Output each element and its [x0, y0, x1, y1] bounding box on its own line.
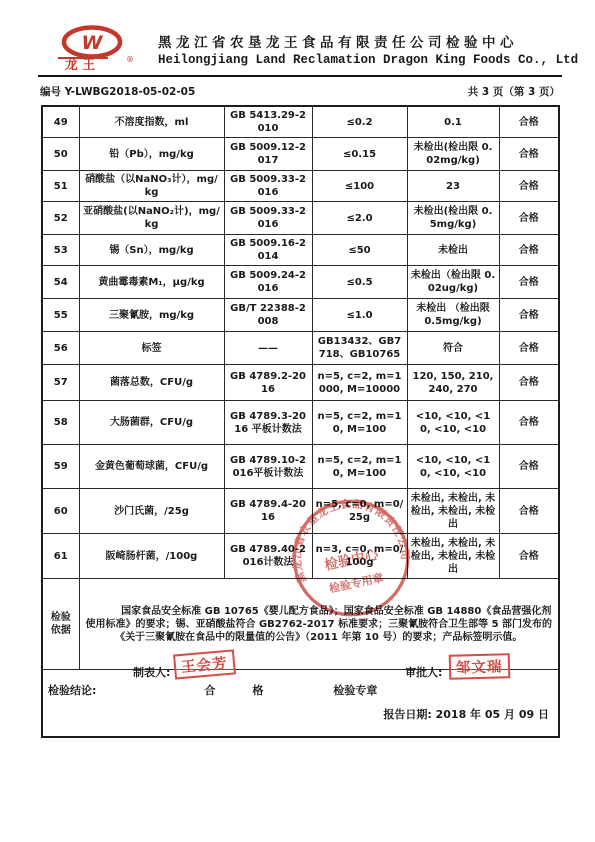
cell-no: 54 — [42, 266, 79, 299]
table-row: 57 菌落总数，CFU/g GB 4789.2-2016 n=5, c=2, m… — [42, 365, 559, 401]
cell-conclusion: 合格 — [499, 138, 559, 171]
cell-result: 未检出 （检出限 0.5mg/kg) — [407, 299, 499, 332]
table-row: 59 金黄色葡萄球菌，CFU/g GB 4789.10-2016平板计数法 n=… — [42, 445, 559, 489]
cell-item: 三聚氰胺，mg/kg — [79, 299, 224, 332]
header-divider — [38, 75, 562, 77]
cell-method: GB 5009.33-2016 — [224, 202, 312, 235]
cell-conclusion: 合格 — [499, 401, 559, 445]
cell-requirement: n=5, c=2, m=10, M=100 — [312, 401, 407, 445]
cell-conclusion: 合格 — [499, 365, 559, 401]
cell-method: GB 4789.10-2016平板计数法 — [224, 445, 312, 489]
basis-label-line2: 依据 — [46, 624, 76, 637]
test-results-table: 49 不溶度指数，ml GB 5413.29-2010 ≤0.2 0.1 合格 … — [41, 105, 560, 738]
cell-conclusion: 合格 — [499, 235, 559, 266]
cell-method: GB 4789.3-2016 平板计数法 — [224, 401, 312, 445]
table-row: 60 沙门氏菌，/25g GB 4789.4-2016 n=5, c=0, m=… — [42, 489, 559, 534]
cell-conclusion: 合格 — [499, 106, 559, 138]
cell-result: <10, <10, <10, <10, <10 — [407, 445, 499, 489]
cell-result: 未检出 — [407, 235, 499, 266]
cell-result: <10, <10, <10, <10, <10 — [407, 401, 499, 445]
maker-label: 制表人: — [133, 664, 170, 680]
cell-no: 50 — [42, 138, 79, 171]
report-date-value: 2018 年 05 月 09 日 — [436, 708, 549, 721]
logo-registered-mark: ® — [126, 55, 134, 64]
cell-result: 未检出, 未检出, 未检出, 未检出, 未检出 — [407, 489, 499, 534]
cell-requirement: n=5, c=2, m=1000, M=10000 — [312, 365, 407, 401]
cell-conclusion: 合格 — [499, 202, 559, 235]
cell-requirement: ≤1.0 — [312, 299, 407, 332]
table-row: 54 黄曲霉毒素M₁，μg/kg GB 5009.24-2016 ≤0.5 未检… — [42, 266, 559, 299]
cell-no: 49 — [42, 106, 79, 138]
page-count: 共 3 页（第 3 页） — [468, 84, 560, 99]
table-row: 61 阪崎肠杆菌，/100g GB 4789.40-2016计数法 n=3, c… — [42, 534, 559, 579]
approver-label: 审批人: — [405, 664, 442, 680]
report-date-label: 报告日期: — [383, 708, 431, 721]
cell-result: 未检出(检出限 0.5mg/kg) — [407, 202, 499, 235]
cell-no: 51 — [42, 171, 79, 202]
cell-item: 锡（Sn），mg/kg — [79, 235, 224, 266]
cell-method: GB/T 22388-2008 — [224, 299, 312, 332]
table-row: 50 铅（Pb），mg/kg GB 5009.12-2017 ≤0.15 未检出… — [42, 138, 559, 171]
report-meta-row: 编号 Y-LWBG2018-05-02-05 共 3 页（第 3 页） — [40, 84, 560, 99]
table-row: 56 标签 —— GB13432、GB7718、GB10765 符合 合格 — [42, 332, 559, 365]
cell-requirement: ≤2.0 — [312, 202, 407, 235]
cell-no: 55 — [42, 299, 79, 332]
table-row: 58 大肠菌群，CFU/g GB 4789.3-2016 平板计数法 n=5, … — [42, 401, 559, 445]
cell-no: 58 — [42, 401, 79, 445]
cell-item: 黄曲霉毒素M₁，μg/kg — [79, 266, 224, 299]
cell-no: 52 — [42, 202, 79, 235]
cell-conclusion: 合格 — [499, 489, 559, 534]
cell-no: 60 — [42, 489, 79, 534]
cell-result: 未检出, 未检出, 未检出, 未检出, 未检出 — [407, 534, 499, 579]
cell-method: GB 5413.29-2010 — [224, 106, 312, 138]
inspection-report-page: W 龙 王 ® 黑龙江省农垦龙王食品有限责任公司检验中心 Heilongjian… — [0, 0, 595, 842]
table-row: 53 锡（Sn），mg/kg GB 5009.16-2014 ≤50 未检出 合… — [42, 235, 559, 266]
cell-result: 120, 150, 210, 240, 270 — [407, 365, 499, 401]
cell-item: 亚硝酸盐(以NaNO₂计)，mg/kg — [79, 202, 224, 235]
report-number: 编号 Y-LWBG2018-05-02-05 — [40, 84, 195, 99]
table-row: 49 不溶度指数，ml GB 5413.29-2010 ≤0.2 0.1 合格 — [42, 106, 559, 138]
table-row: 52 亚硝酸盐(以NaNO₂计)，mg/kg GB 5009.33-2016 ≤… — [42, 202, 559, 235]
cell-no: 57 — [42, 365, 79, 401]
cell-requirement: n=5, c=0, m=0/25g — [312, 489, 407, 534]
cell-method: GB 5009.12-2017 — [224, 138, 312, 171]
cell-requirement: n=5, c=2, m=10, M=100 — [312, 445, 407, 489]
cell-item: 沙门氏菌，/25g — [79, 489, 224, 534]
cell-result: 未检出(检出限 0.02mg/kg) — [407, 138, 499, 171]
cell-no: 53 — [42, 235, 79, 266]
maker-signature-stamp: 王会芳 — [173, 649, 235, 679]
cell-item: 金黄色葡萄球菌，CFU/g — [79, 445, 224, 489]
cell-conclusion: 合格 — [499, 266, 559, 299]
cell-method: GB 4789.40-2016计数法 — [224, 534, 312, 579]
cell-method: GB 4789.2-2016 — [224, 365, 312, 401]
cell-result: 符合 — [407, 332, 499, 365]
cell-conclusion: 合格 — [499, 299, 559, 332]
cell-requirement: ≤100 — [312, 171, 407, 202]
cell-no: 59 — [42, 445, 79, 489]
signature-row: 制表人: 王会芳 审批人: 邹文瑞 — [41, 648, 558, 694]
cell-method: —— — [224, 332, 312, 365]
cell-method: GB 5009.16-2014 — [224, 235, 312, 266]
cell-item: 不溶度指数，ml — [79, 106, 224, 138]
cell-requirement: ≤50 — [312, 235, 407, 266]
table-row: 55 三聚氰胺，mg/kg GB/T 22388-2008 ≤1.0 未检出 （… — [42, 299, 559, 332]
company-name-cn: 黑龙江省农垦龙王食品有限责任公司检验中心 — [158, 31, 578, 51]
cell-result: 23 — [407, 171, 499, 202]
cell-no: 56 — [42, 332, 79, 365]
cell-method: GB 5009.24-2016 — [224, 266, 312, 299]
cell-item: 硝酸盐（以NaNO₃计），mg/kg — [79, 171, 224, 202]
cell-requirement: ≤0.15 — [312, 138, 407, 171]
cell-item: 大肠菌群，CFU/g — [79, 401, 224, 445]
logo-brand-text: 龙 王 — [65, 57, 96, 73]
report-header: W 龙 王 ® 黑龙江省农垦龙王食品有限责任公司检验中心 Heilongjian… — [50, 24, 578, 74]
cell-method: GB 4789.4-2016 — [224, 489, 312, 534]
cell-conclusion: 合格 — [499, 171, 559, 202]
cell-conclusion: 合格 — [499, 445, 559, 489]
cell-conclusion: 合格 — [499, 534, 559, 579]
cell-method: GB 5009.33-2016 — [224, 171, 312, 202]
cell-requirement: GB13432、GB7718、GB10765 — [312, 332, 407, 365]
cell-item: 阪崎肠杆菌，/100g — [79, 534, 224, 579]
cell-requirement: ≤0.2 — [312, 106, 407, 138]
company-name-block: 黑龙江省农垦龙王食品有限责任公司检验中心 Heilongjiang Land R… — [158, 31, 578, 67]
report-date-line: 报告日期: 2018 年 05 月 09 日 — [46, 708, 555, 722]
cell-result: 未检出（检出限 0.02ug/kg) — [407, 266, 499, 299]
cell-no: 61 — [42, 534, 79, 579]
basis-label-line1: 检验 — [46, 611, 76, 624]
dragon-king-logo: W 龙 王 ® — [50, 24, 146, 74]
approver-signature-stamp: 邹文瑞 — [449, 653, 510, 680]
cell-item: 铅（Pb），mg/kg — [79, 138, 224, 171]
cell-item: 菌落总数，CFU/g — [79, 365, 224, 401]
cell-result: 0.1 — [407, 106, 499, 138]
cell-requirement: ≤0.5 — [312, 266, 407, 299]
cell-item: 标签 — [79, 332, 224, 365]
logo-mark: W — [82, 32, 104, 54]
table-row: 51 硝酸盐（以NaNO₃计），mg/kg GB 5009.33-2016 ≤1… — [42, 171, 559, 202]
company-name-en: Heilongjiang Land Reclamation Dragon Kin… — [158, 53, 578, 67]
cell-conclusion: 合格 — [499, 332, 559, 365]
cell-requirement: n=3, c=0, m=0/100g — [312, 534, 407, 579]
